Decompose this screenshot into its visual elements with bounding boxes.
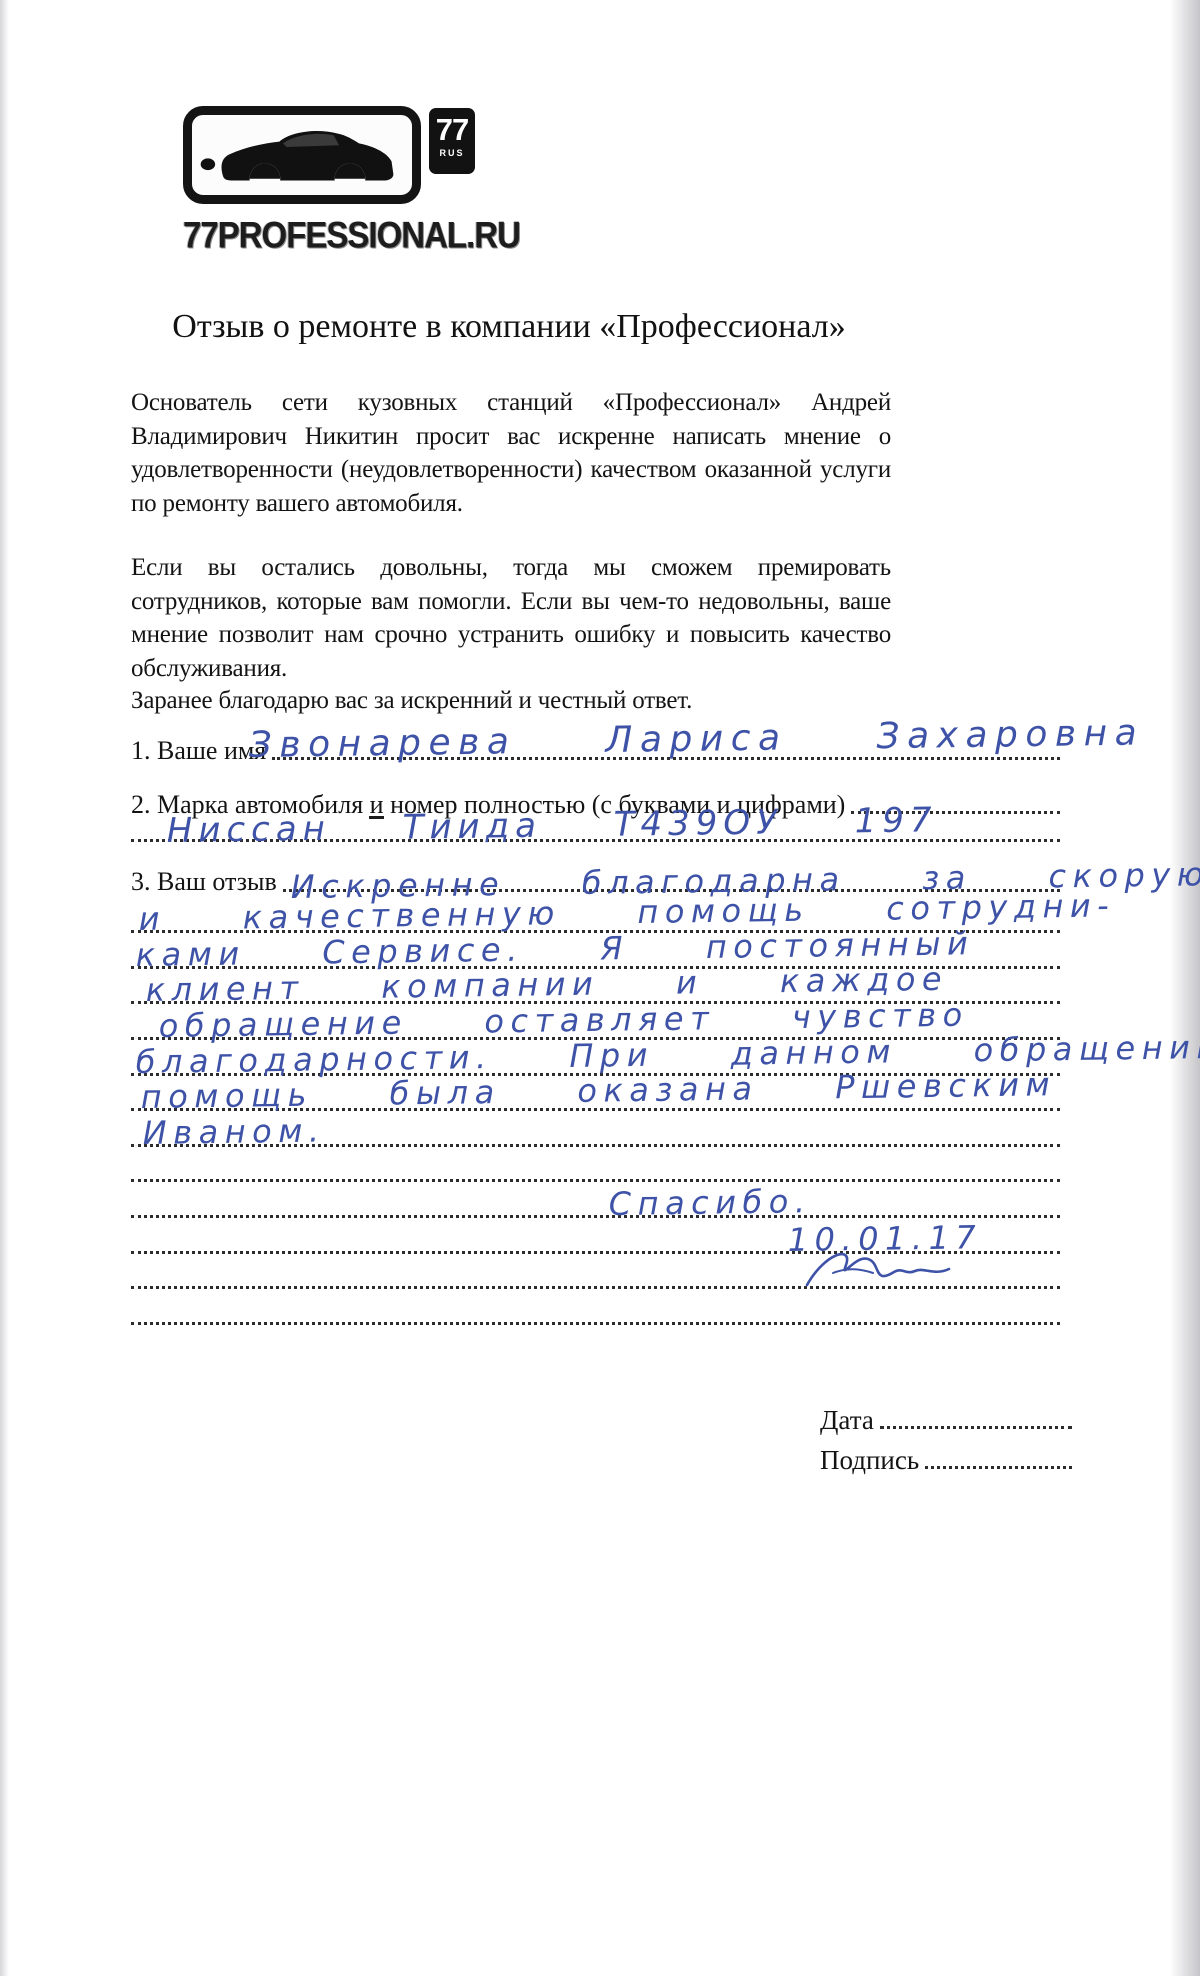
logo-region-badge: 77 RUS — [429, 108, 475, 174]
question-review-label: 3. Ваш отзыв — [131, 866, 277, 897]
dotted-answer-line — [925, 1466, 1072, 1469]
badge-region-code: RUS — [429, 148, 475, 158]
scanned-feedback-form: 77 RUS 77PROFESSIONAL.RU Отзыв о ремонте… — [0, 0, 1200, 1976]
dotted-answer-line: Спасибо. — [131, 1182, 1060, 1218]
dotted-answer-line — [880, 1426, 1072, 1429]
logo-brand-text: 77PROFESSIONAL.RU — [183, 214, 503, 257]
logo-frame — [183, 106, 421, 204]
car-silhouette-icon — [194, 119, 410, 195]
handwritten-review-line: помощь была оказана Ршевским — [141, 1068, 1057, 1113]
dotted-answer-line — [131, 1289, 1060, 1325]
question-name-row: 1. Ваше имя Звонарева Лариса Захаровна — [131, 722, 1060, 766]
handwritten-thanks: Спасибо. — [609, 1185, 812, 1220]
dotted-answer-line — [131, 1254, 1060, 1290]
page-left-edge-shadow — [0, 0, 9, 1976]
page-right-edge-shadow — [1170, 0, 1200, 1976]
footer-date-row: Дата — [820, 1396, 1072, 1436]
review-section: 3. Ваш отзыв Искренне благодарна за скор… — [131, 862, 1060, 1325]
question-name-label: 1. Ваше имя — [131, 735, 266, 766]
handwritten-car: Ниссан Тиида Т439ОУ 197 — [167, 803, 938, 848]
form-title: Отзыв о ремонте в компании «Профессионал… — [131, 308, 887, 346]
date-label: Дата — [820, 1404, 874, 1436]
handwritten-review-line: Иваном. — [143, 1114, 326, 1149]
dotted-answer-line: помощь была оказана Ршевским — [131, 1076, 1060, 1112]
footer-signature-row: Подпись — [820, 1436, 1072, 1476]
signature-label: Подпись — [820, 1444, 919, 1476]
incentive-paragraph: Если вы остались довольны, тогда мы смож… — [131, 551, 891, 685]
badge-number: 77 — [429, 112, 475, 148]
footer-date-signature: Дата Подпись — [820, 1396, 1072, 1476]
company-logo: 77 RUS 77PROFESSIONAL.RU — [183, 106, 503, 252]
dotted-answer-line: Иваном. — [131, 1111, 1060, 1147]
dotted-answer-line — [131, 1147, 1060, 1183]
intro-paragraph: Основатель сети кузовных станций «Профес… — [131, 386, 891, 520]
gratitude-paragraph: Заранее благодарю вас за искренний и чес… — [131, 684, 891, 718]
question-car-answer-row: Ниссан Тиида Т439ОУ 197 — [131, 812, 1060, 848]
